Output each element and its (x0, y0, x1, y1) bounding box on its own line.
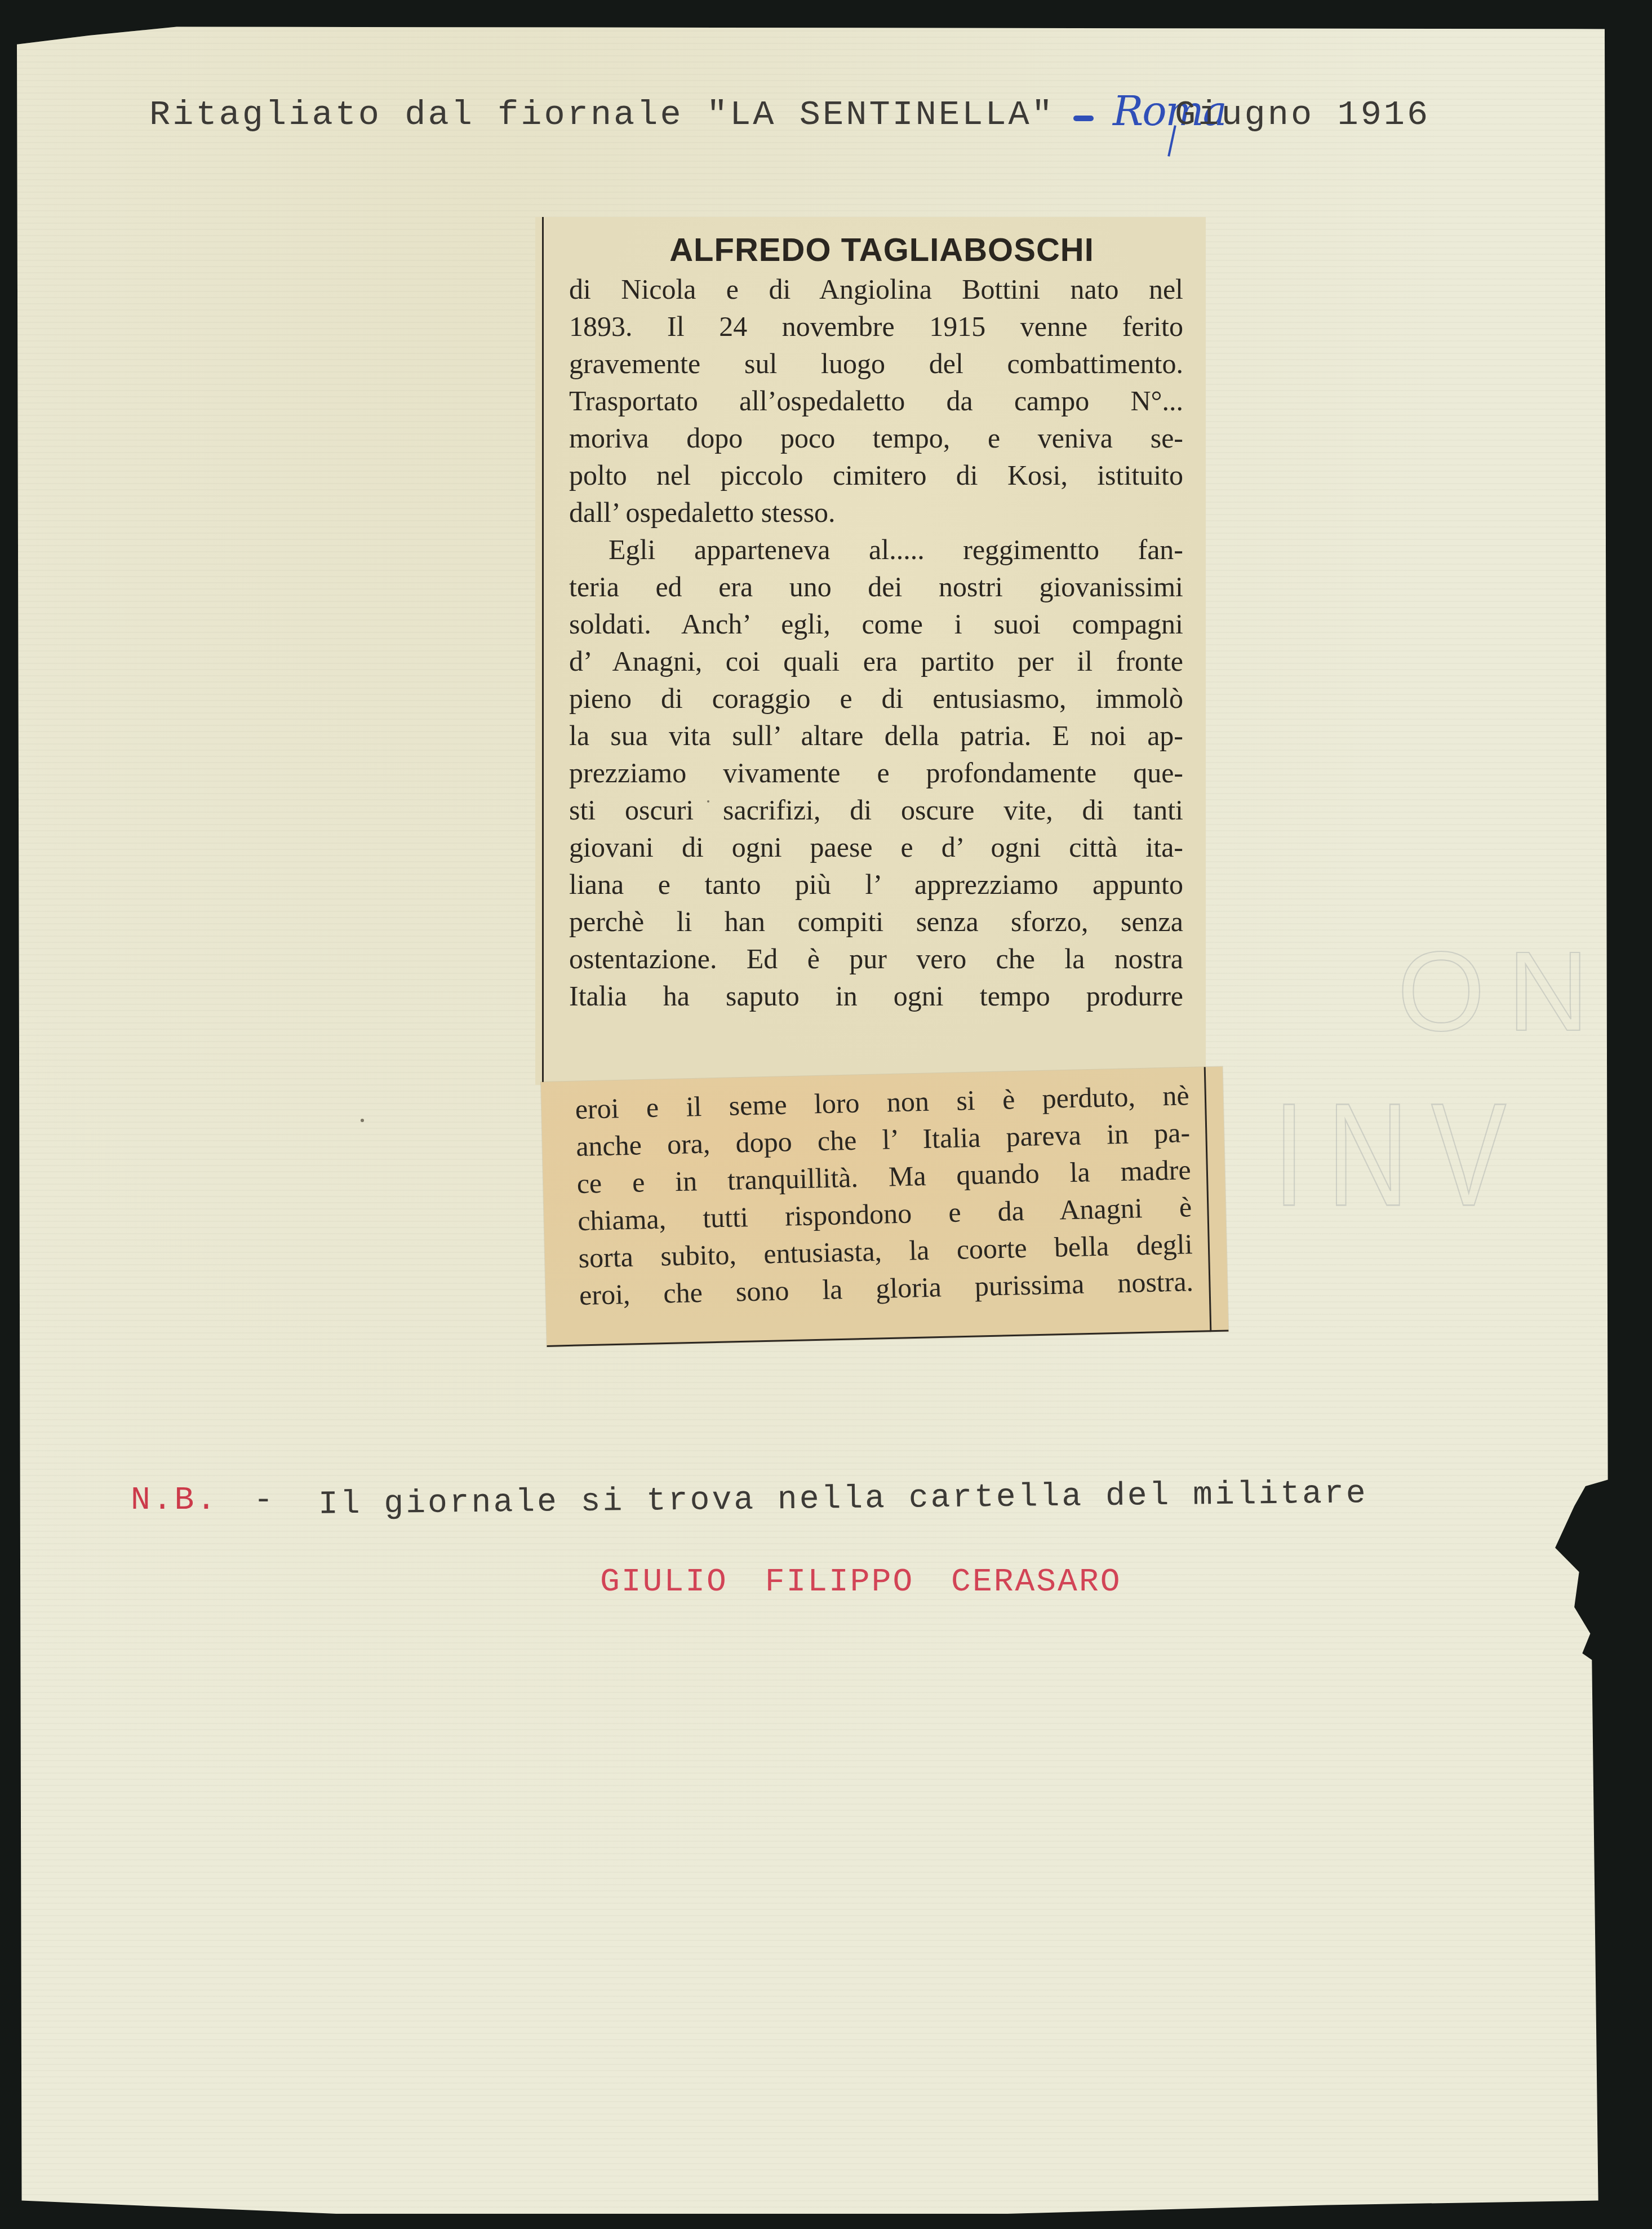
header-date: Giugno 1916 (1175, 95, 1430, 135)
text-line: la sua vita sull’ altare della patria. E… (569, 717, 1183, 754)
clipping-body-lower: eroi e il seme loro non si è perduto, nè… (575, 1076, 1194, 1314)
text-line: Egli apparteneva al..... reggimentto fan… (569, 531, 1183, 568)
text-line: pieno di coraggio e di entusiasmo, immol… (569, 680, 1183, 717)
text-line: giovani di ogni paese e d’ ogni città it… (569, 828, 1183, 866)
text-line: 1893. Il 24 novembre 1915 venne ferito (569, 308, 1183, 345)
watermark-line-1: ON (1397, 936, 1611, 1048)
text-line: moriva dopo poco tempo, e veniva se- (569, 419, 1183, 457)
text-line: sti oscuri sacrifizi, di oscure vite, di… (569, 791, 1183, 828)
column-rule-left (542, 217, 544, 1085)
clipping-title: ALFREDO TAGLIABOSCHI (586, 231, 1178, 269)
text-line: teria ed era uno dei nostri giovanissimi (569, 568, 1183, 605)
text-line: gravemente sul luogo del combattimento. (569, 345, 1183, 382)
signature-name: GIULIO FILIPPO CERASARO (600, 1564, 1122, 1601)
handwritten-dash (1073, 116, 1094, 121)
text-line: dall’ ospedaletto stesso. (569, 494, 1183, 531)
text-line: Italia ha saputo in ogni tempo produrre (569, 977, 1183, 1014)
note-dash: - (254, 1482, 276, 1519)
ink-speck (707, 800, 709, 803)
text-line: soldati. Anch’ egli, come i suoi compagn… (569, 605, 1183, 642)
text-line: liana e tanto più l’ apprezziamo appunto (569, 866, 1183, 903)
text-line: prezziamo vivamente e profondamente que- (569, 754, 1183, 791)
column-rule-right (1204, 1067, 1212, 1332)
text-line: ostentazione. Ed è pur vero che la nostr… (569, 940, 1183, 977)
ink-speck (361, 1119, 364, 1122)
clipping-body-upper: di Nicola e di Angiolina Bottini nato ne… (569, 271, 1183, 1014)
text-line: polto nel piccolo cimitero di Kosi, isti… (569, 457, 1183, 494)
text-line: d’ Anagni, coi quali era partito per il … (569, 642, 1183, 680)
header-source-line: Ritagliato dal fiornale "LA SENTINELLA" (149, 95, 1055, 135)
note-label: N.B. (131, 1482, 218, 1519)
text-line: Trasportato all’ospedaletto da campo N°.… (569, 382, 1183, 419)
watermark-line-2: INV (1273, 1082, 1529, 1229)
text-line: perchè li han compiti senza sforzo, senz… (569, 903, 1183, 940)
text-line: di Nicola e di Angiolina Bottini nato ne… (569, 271, 1183, 308)
